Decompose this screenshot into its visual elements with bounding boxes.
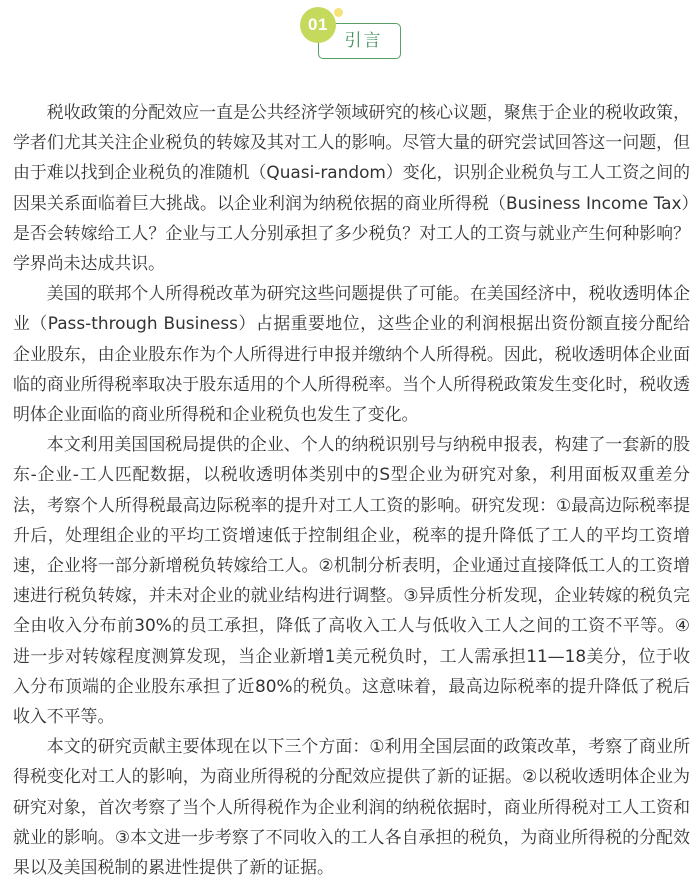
decorative-dot-icon (334, 8, 343, 17)
paragraph-intro: 税收政策的分配效应一直是公共经济学领域研究的核心议题，聚焦于企业的税收政策，学者… (13, 97, 690, 278)
section-header: 01 引言 (0, 0, 700, 80)
section-number: 01 (308, 15, 328, 34)
paragraph-contributions: 本文的研究贡献主要体现在以下三个方面：①利用全国层面的政策改革，考察了商业所得税… (13, 731, 690, 882)
paragraph-background: 美国的联邦个人所得税改革为研究这些问题提供了可能。在美国经济中，税收透明体企业（… (13, 278, 690, 429)
paragraph-findings: 本文利用美国国税局提供的企业、个人的纳税识别号与纳税申报表，构建了一套新的股东-… (13, 429, 690, 731)
article-body: 税收政策的分配效应一直是公共经济学领域研究的核心议题，聚焦于企业的税收政策，学者… (13, 97, 690, 882)
section-number-badge: 01 (300, 7, 336, 43)
